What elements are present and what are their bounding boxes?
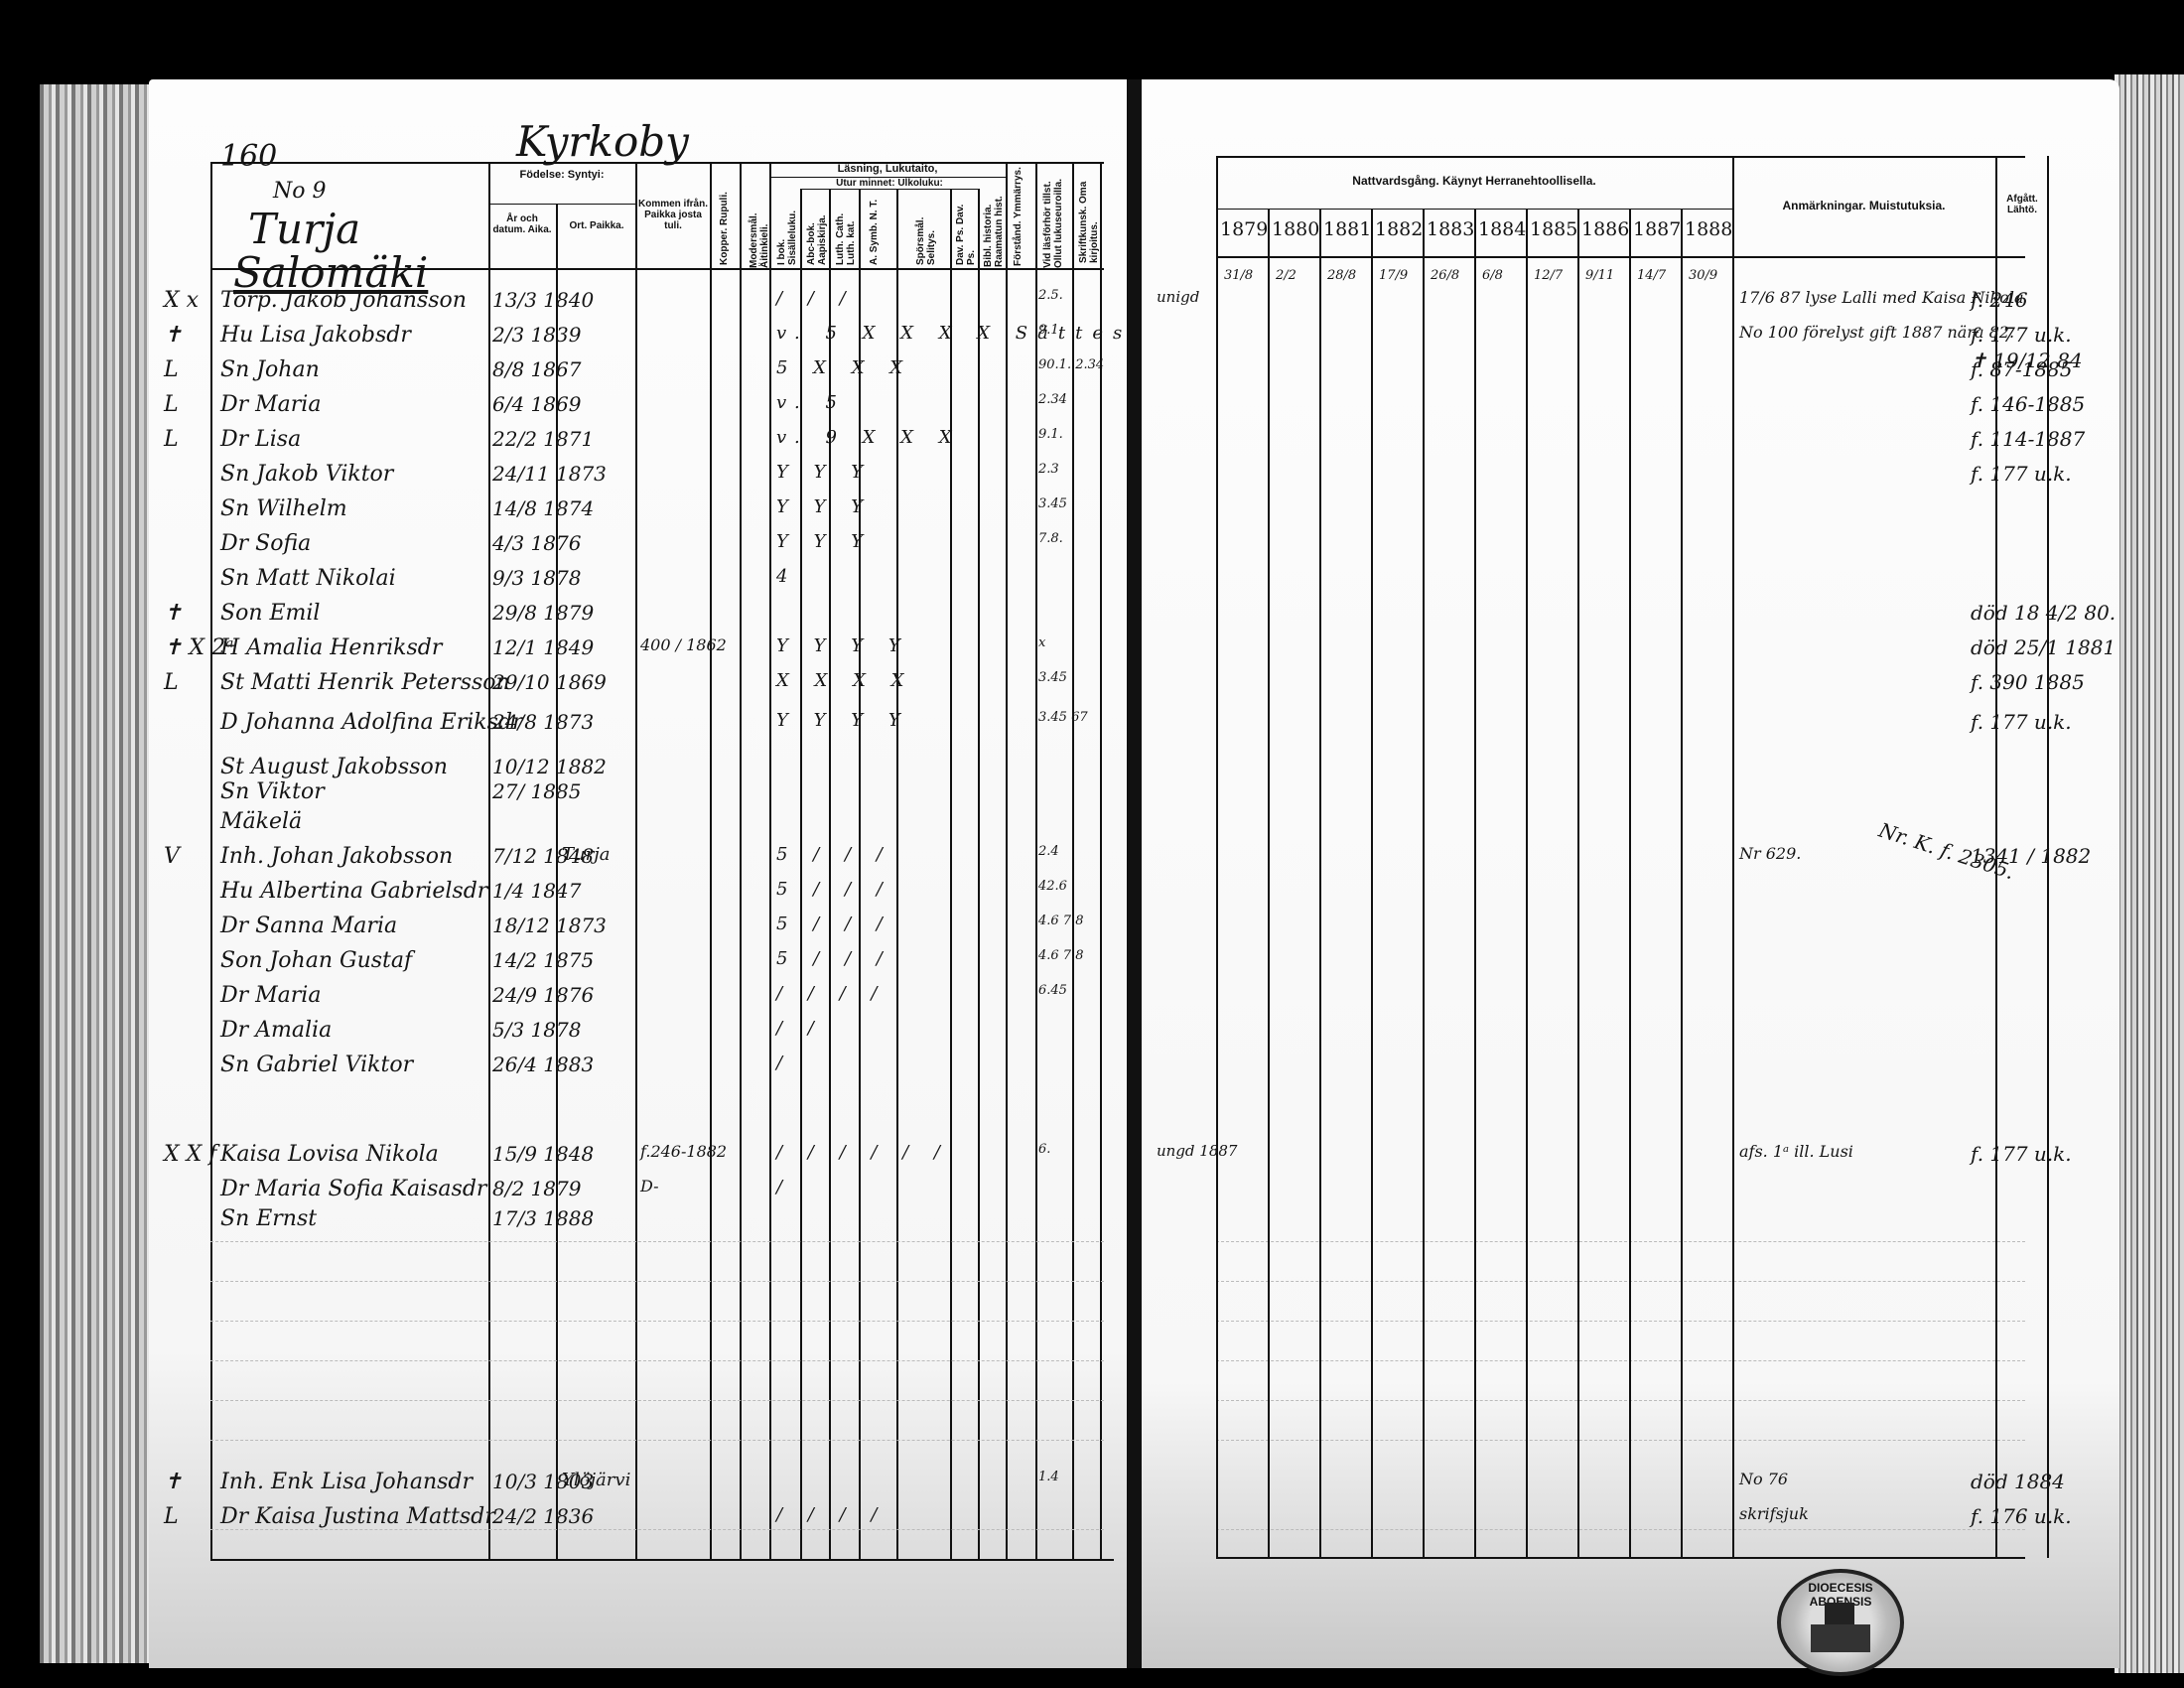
row-reading-marks: Y Y Y Y [776, 635, 910, 656]
year-header-1886: 1886 [1581, 218, 1629, 240]
row-reading-marks: 5 / / / [776, 914, 892, 934]
row-birth-date: 22/2 1871 [492, 427, 594, 451]
header-a-symb: A. Symb. N. T. [869, 194, 880, 265]
row-examination-notes: 9.1. [1038, 323, 1063, 338]
year-header-1881: 1881 [1323, 218, 1371, 240]
row-name: Sn Viktor [220, 779, 325, 804]
row-guide-line [1216, 1281, 2025, 1283]
communion-date: 14/7 [1637, 268, 1666, 283]
header-skriftkunskap: Skriftkunsk. Oma kirjoitus. [1078, 164, 1100, 263]
departed-note: f. 390 1885 [1971, 670, 2085, 694]
year-col-line [1681, 209, 1683, 1557]
row-reading-marks: 5 / / / [776, 844, 892, 865]
row-name: Sn Wilhelm [220, 496, 347, 521]
header-bibl-hist: Bibl. historia. Raamatun hist. [983, 184, 1005, 267]
row-birth-date: 15/9 1848 [492, 1142, 594, 1166]
row-examination-notes: 3.45 [1038, 496, 1067, 511]
remark-text: No 76 [1739, 1470, 1788, 1488]
header-kommen: Kommen ifrån. Paikka josta tuli. [637, 199, 709, 231]
row-name: Sn Gabriel Viktor [220, 1053, 413, 1077]
row-birth-date: 10/12 1882 [492, 755, 607, 778]
year-header-1879: 1879 [1220, 218, 1268, 240]
row-reading-marks: / / / / / / [776, 1142, 950, 1163]
row-name: Sn Ernst [220, 1206, 317, 1231]
row-birth-date: 2/3 1839 [492, 323, 581, 347]
year-col-line [1423, 209, 1425, 1557]
row-guide-line [210, 1400, 1104, 1402]
row-name: Sn Johan [220, 357, 320, 382]
col-line [1732, 156, 1734, 1558]
row-guide-line [1216, 1440, 2025, 1442]
row-birth-date: 14/2 1875 [492, 948, 594, 972]
row-reading-marks: / / / / [776, 983, 887, 1004]
departed-note: f. 177 u.k. [1971, 710, 2072, 734]
row-margin-mark: L [164, 1504, 179, 1529]
row-birth-place: Ylöjärvi [562, 1470, 630, 1490]
row-came-from: f.246-1882 [640, 1142, 727, 1161]
header-sporsmal: Spörsmål. Selitys. [915, 194, 937, 265]
row-birth-date: 8/8 1867 [492, 357, 581, 381]
header-ar-datum: År och datum. Aika. [490, 213, 554, 235]
communion-date: 31/8 [1224, 268, 1253, 283]
col-line [1035, 162, 1037, 1560]
remark-text: afs. 1ᵃ ill. Lusi [1739, 1142, 1853, 1161]
row-name: Inh. Enk Lisa Johansdr [220, 1470, 473, 1494]
village-name: Kyrkoby [516, 117, 689, 166]
row-name: Dr Maria [220, 392, 321, 417]
row-name: Hu Lisa Jakobsdr [220, 323, 411, 348]
row-birth-date: 6/4 1869 [492, 392, 581, 416]
row-margin-mark: L [164, 357, 179, 382]
col-line [740, 162, 742, 1560]
row-name: St Matti Henrik Petersson [220, 670, 510, 695]
row-margin-mark: L [164, 670, 179, 695]
row-name: Dr Lisa [220, 427, 301, 452]
header-forstand: Förstånd. Ymmärrys. [1013, 167, 1024, 266]
col-line [488, 162, 490, 1560]
row-examination-notes: 3.45 [1038, 670, 1067, 685]
year-col-line [1371, 209, 1373, 1557]
year-col-line [1268, 209, 1270, 1557]
row-reading-marks: / [776, 1177, 792, 1197]
church-icon [1825, 1603, 1854, 1652]
row-reading-marks: v. 9 X X X [776, 427, 962, 448]
row-reading-marks: v. 5 [776, 392, 847, 413]
header-utur-minnet: Utur minnet: Ulkoluku: [800, 178, 979, 189]
remark-text: Nr 629. [1739, 844, 1801, 863]
col-line [859, 189, 861, 1560]
header-kopper: Kopper. Rupuli. [719, 191, 730, 265]
departed-note: f. 177 u.k. [1971, 323, 2072, 347]
col-line [950, 189, 952, 1560]
row-name: Sn Jakob Viktor [220, 462, 393, 487]
header-vid-lasforhor: Vid läsförhör tillst. Ollut lukuseuroill… [1042, 164, 1064, 268]
row-name: Sn Matt Nikolai [220, 566, 396, 591]
row-guide-line [1216, 1400, 2025, 1402]
row-margin-mark: V [164, 844, 180, 869]
row-birth-date: 1/4 1847 [492, 879, 581, 903]
departed-note: f. 87-1885 [1971, 357, 2073, 381]
departed-note: död 18 4/2 80. [1971, 601, 2116, 625]
row-came-from: 400 / 1862 [640, 635, 727, 654]
row-birth-date: 4/3 1876 [492, 531, 581, 555]
departed-note: död 1884 [1971, 1470, 2065, 1493]
row-examination-notes: 1.4 [1038, 1470, 1059, 1484]
row-examination-notes: x [1038, 635, 1045, 650]
col-line [635, 162, 637, 1560]
row-guide-line [210, 1281, 1104, 1283]
row-examination-notes: 3.45 67 [1038, 710, 1088, 725]
row-reading-marks: 5 / / / [776, 948, 892, 969]
year-header-1882: 1882 [1375, 218, 1423, 240]
household-number: No 9 [273, 179, 327, 204]
header-modersmal: Modersmål. Äitinkieli. [749, 184, 770, 268]
row-name: Dr Maria Sofia Kaisasdr [220, 1177, 486, 1201]
row-birth-date: 5/3 1878 [492, 1018, 581, 1042]
header-nattvardsgang: Nattvardsgång. Käynyt Herranehtoollisell… [1216, 174, 1732, 188]
row-birth-date: 17/3 1888 [492, 1206, 594, 1230]
year-col-line [1577, 209, 1579, 1557]
row-examination-notes: 2.4 [1038, 844, 1059, 859]
header-i-bok: I bok. Sisälleluku. [776, 194, 798, 265]
row-margin-mark: ✝ [164, 601, 182, 626]
row-name: Dr Kaisa Justina Mattsdr [220, 1504, 495, 1529]
row-examination-notes: 4.6 7.8 [1038, 914, 1083, 928]
row-birth-date: 26/4 1883 [492, 1053, 594, 1076]
row-name: Son Johan Gustaf [220, 948, 412, 973]
header-ort: Ort. Paikka. [558, 220, 635, 231]
header-anmarkningar: Anmärkningar. Muistutuksia. [1732, 199, 1995, 212]
row-name: Kaisa Lovisa Nikola [220, 1142, 439, 1167]
communion-date: 12/7 [1534, 268, 1563, 283]
right-table-bottom [1216, 1557, 2025, 1559]
row-came-from: D- [640, 1177, 659, 1196]
row-examination-notes: 90.1. 2.34 [1038, 357, 1104, 372]
row-birth-date: 29/10 1869 [492, 670, 607, 694]
header-lasning: Läsning, Lukutaito, [769, 163, 1006, 175]
row-examination-notes: 7.8. [1038, 531, 1063, 546]
row-reading-marks: / / [776, 1018, 824, 1039]
row-guide-line [1216, 1321, 2025, 1323]
header-afgatt: Afgått. Lähtö. [1997, 194, 2047, 215]
year-col-line [1319, 209, 1321, 1557]
row-name: Dr Sofia [220, 531, 311, 556]
col-line [1006, 162, 1008, 1560]
row-reading-marks: Y Y Y [776, 531, 873, 552]
row-guide-line [210, 1440, 1104, 1442]
communion-date: 17/9 [1379, 268, 1408, 283]
row-examination-notes: 2.34 [1038, 392, 1067, 407]
row-examination-notes: 2.3 [1038, 462, 1059, 477]
row-examination-notes: 42.6 [1038, 879, 1067, 894]
row-birth-date: 29/8 1879 [492, 601, 594, 625]
sub-header-line [800, 189, 979, 190]
row-birth-place: Turja [562, 844, 611, 865]
row-reading-marks: Y Y Y [776, 496, 873, 517]
col-line [1216, 156, 1218, 1558]
row-examination-notes: 6.45 [1038, 983, 1067, 998]
row-guide-line [1216, 1241, 2025, 1243]
departed-note: f. 146-1885 [1971, 392, 2085, 416]
communion-date: 2/2 [1276, 268, 1297, 283]
farm-name-1: Turja [248, 205, 360, 253]
row-margin-mark: ✝ [164, 1470, 182, 1494]
diocese-stamp: DIOECESIS ABOENSIS [1777, 1569, 1904, 1676]
row-name: Hu Albertina Gabrielsdr [220, 879, 487, 904]
row-birth-date: 24/9 1876 [492, 983, 594, 1007]
departed-note: f. 177 u.k. [1971, 1142, 2072, 1166]
page-number: 160 [220, 139, 277, 174]
row-reading-marks: X X X X [776, 670, 913, 691]
year-header-1883: 1883 [1427, 218, 1474, 240]
row-birth-date: 9/3 1878 [492, 566, 581, 590]
header-bottom-border [210, 268, 1104, 270]
year-header-1880: 1880 [1272, 218, 1319, 240]
row-birth-date: 14/8 1874 [492, 496, 594, 520]
row-examination-notes: 4.6 7.8 [1038, 948, 1083, 963]
row-guide-line [1216, 1529, 2025, 1531]
row-name: Torp. Jakob Johansson [220, 288, 467, 313]
departed-note: f. 176 u.k. [1971, 1504, 2072, 1528]
col-line [978, 189, 980, 1560]
row-name: Dr Amalia [220, 1018, 332, 1043]
row-margin-mark: ✝ [164, 323, 182, 348]
year-col-line [1526, 209, 1528, 1557]
row-margin-mark: L [164, 427, 179, 452]
row-guide-line [210, 1321, 1104, 1323]
row-name: Dr Maria [220, 983, 321, 1008]
row-reading-marks: Y Y Y Y [776, 710, 910, 731]
communion-date: 30/9 [1689, 268, 1717, 283]
row-birth-date: 8/2 1879 [492, 1177, 581, 1200]
year-header-1884: 1884 [1478, 218, 1526, 240]
col-line [710, 162, 712, 1560]
communion-date: 6/8 [1482, 268, 1503, 283]
remark-margin-note: ungd 1887 [1157, 1142, 1237, 1160]
row-guide-line [210, 1529, 1104, 1531]
year-header-1885: 1885 [1530, 218, 1577, 240]
right-header-bottom [1216, 256, 2025, 258]
year-col-line [1629, 209, 1631, 1557]
row-reading-marks: / / / / [776, 1504, 887, 1525]
year-header-1887: 1887 [1633, 218, 1681, 240]
header-luth-cat: Luth. Cath. Luth. kat. [835, 194, 857, 265]
row-examination-notes: 2.5. [1038, 288, 1063, 303]
communion-date: 9/11 [1585, 268, 1614, 283]
year-col-line [1474, 209, 1476, 1557]
row-name: Son Emil [220, 601, 320, 626]
col-line [896, 189, 898, 1560]
row-name: Mäkelä [220, 809, 302, 834]
row-reading-marks: / [776, 1053, 792, 1073]
row-reading-marks: 5 / / / [776, 879, 892, 900]
year-header-1888: 1888 [1685, 218, 1732, 240]
row-name: H Amalia Henriksdr [220, 635, 442, 660]
row-birth-date: 18/12 1873 [492, 914, 607, 937]
row-birth-date: 24/8 1873 [492, 710, 594, 734]
row-margin-mark: X x [164, 288, 199, 313]
row-name: Inh. Johan Jakobsson [220, 844, 453, 869]
row-birth-date: 24/11 1873 [492, 462, 607, 486]
row-examination-notes: 9.1. [1038, 427, 1063, 442]
communion-date: 26/8 [1431, 268, 1459, 283]
header-fodelse: Födelse: Syntyi: [488, 169, 635, 181]
row-birth-date: 27/ 1885 [492, 779, 581, 803]
departed-note: f. 114-1887 [1971, 427, 2085, 451]
col-line [210, 162, 212, 1560]
row-name: St August Jakobsson [220, 755, 448, 779]
sub-header-line [488, 204, 635, 205]
row-margin-mark: L [164, 392, 179, 417]
right-table-top [1216, 156, 2025, 158]
row-reading-marks: 5 X X X [776, 357, 912, 378]
row-birth-date: 24/2 1836 [492, 1504, 594, 1528]
row-reading-marks: 4 [776, 566, 797, 587]
row-reading-marks: v. 5 X X X X Sättes [776, 323, 1132, 344]
departed-note: f. 177 u.k. [1971, 462, 2072, 486]
row-name: Dr Sanna Maria [220, 914, 397, 938]
remark-margin-note: unigd [1157, 288, 1199, 306]
row-reading-marks: / / / [776, 288, 856, 309]
departed-note: 1341 / 1882 [1971, 844, 2091, 868]
row-examination-notes: 6. [1038, 1142, 1050, 1157]
row-margin-mark: X X f [164, 1142, 216, 1167]
header-abc: Abc-bok. Aapiskirja. [806, 194, 828, 265]
row-birth-date: 13/3 1840 [492, 288, 594, 312]
departed-note: f. 246 [1971, 288, 2028, 312]
remark-text: skrifsjuk [1739, 1504, 1809, 1523]
row-reading-marks: Y Y Y [776, 462, 873, 483]
col-line [769, 162, 771, 1560]
row-guide-line [210, 1360, 1104, 1362]
row-guide-line [1216, 1360, 2025, 1362]
communion-date: 28/8 [1327, 268, 1356, 283]
departed-note: död 25/1 1881 [1971, 635, 2116, 659]
row-name: D Johanna Adolfina Eriksdr [220, 710, 522, 735]
row-birth-date: 12/1 1849 [492, 635, 594, 659]
row-guide-line [210, 1241, 1104, 1243]
header-dav-ps: Dav. Ps. Dav. Ps. [955, 194, 977, 265]
